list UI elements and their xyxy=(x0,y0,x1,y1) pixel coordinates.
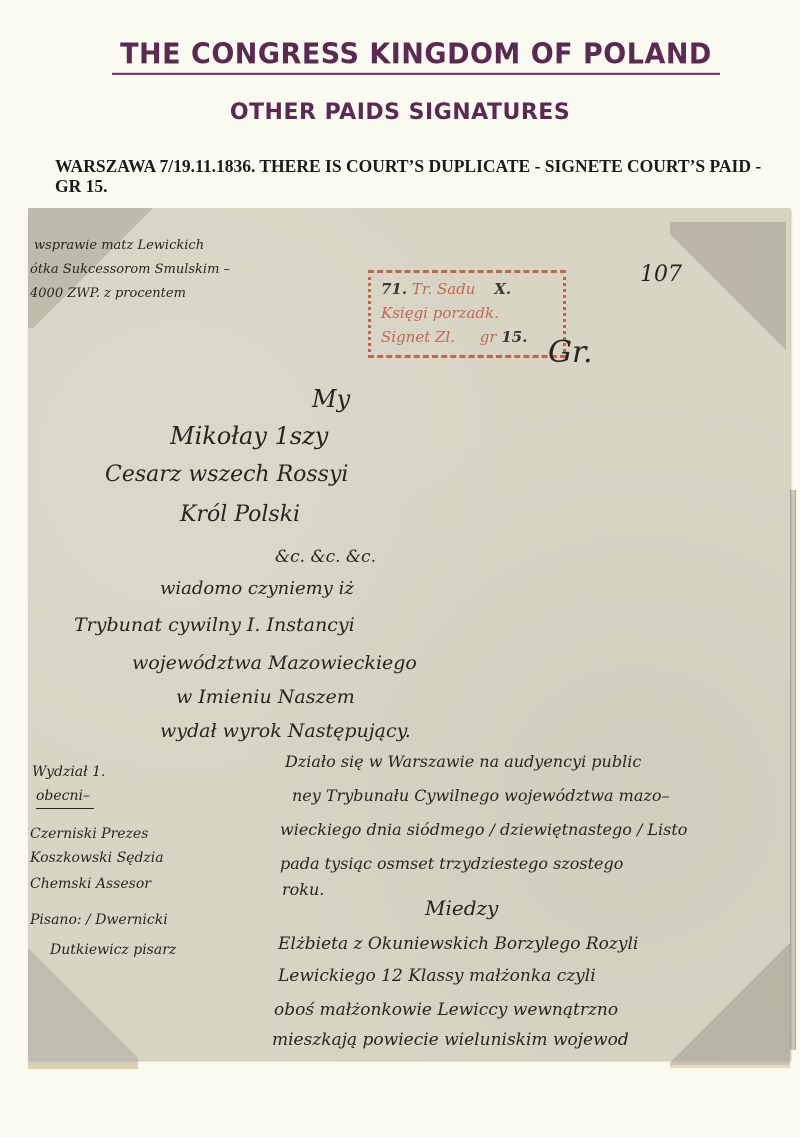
paragraph-line: Działo się w Warszawie na audyencyi publ… xyxy=(285,752,641,771)
body-line: wydał wyrok Następujący. xyxy=(160,720,411,742)
body-line: Trybunat cywilny I. Instancyi xyxy=(74,614,355,636)
stamp-mark: X. xyxy=(494,280,511,298)
page-subtitle: OTHER PAIDS SIGNATURES xyxy=(0,100,800,125)
paid-signet-stamp: 71. Tr. Sadu X. Księgi porzadk. Signet Z… xyxy=(368,270,566,358)
body-line: Cesarz wszech Rossyi xyxy=(105,462,348,487)
note-line: ótka Sukcessorom Smulskim – xyxy=(30,262,230,277)
stamp-line-1: 71. Tr. Sadu X. xyxy=(381,277,563,301)
body-line: województwa Mazowieckiego xyxy=(132,652,417,674)
body-line: w Imieniu Naszem xyxy=(176,686,355,708)
margin-note: Chemski Assesor xyxy=(30,876,151,892)
section-heading: Miedzy xyxy=(425,896,498,920)
stamp-line-3: Signet Zl. gr 15. xyxy=(381,325,563,349)
stamp-text: Tr. Sadu xyxy=(412,280,476,298)
body-line: My xyxy=(312,385,350,413)
note-line: 4000 ZWP. z procentem xyxy=(30,286,186,301)
margin-note: Pisano: / Dwernicki xyxy=(30,912,168,928)
margin-note: Dutkiewicz pisarz xyxy=(50,942,176,958)
page-title: THE CONGRESS KINGDOM OF POLAND xyxy=(112,37,720,75)
paragraph-line: ney Trybunału Cywilnego województwa mazo… xyxy=(292,786,669,805)
closing-line: Elżbieta z Okuniewskich Borzylego Rozyli xyxy=(278,934,638,954)
stamp-text: Signet Zl. xyxy=(381,328,455,346)
closing-line: oboś małżonkowie Lewiccy wewnątrzno xyxy=(274,1000,618,1020)
paid-mark: Gr. xyxy=(548,335,593,370)
closing-line: Lewickiego 12 Klassy małżonka czyli xyxy=(278,966,596,986)
margin-note: Wydział 1. xyxy=(32,764,106,780)
folio-number: 107 xyxy=(640,262,682,287)
closing-line: mieszkają powiecie wieluniskim wojewod xyxy=(272,1030,629,1050)
mount-corner-top-right xyxy=(670,222,786,362)
stamp-number: 71. xyxy=(381,280,407,298)
margin-note: Czerniski Prezes xyxy=(30,826,148,842)
paragraph-line: roku. xyxy=(282,880,324,899)
paragraph-line: wieckiego dnia siódmego / dziewiętnasteg… xyxy=(280,820,687,839)
stamp-text: gr xyxy=(480,328,497,346)
margin-note: Koszkowski Sędzia xyxy=(30,850,164,866)
body-line: wiadomo czyniemy iż xyxy=(160,578,354,599)
stamp-line-2: Księgi porzadk. xyxy=(381,301,563,325)
margin-divider xyxy=(36,808,94,809)
note-line: wsprawie matz Lewickich xyxy=(34,238,204,253)
item-description: WARSZAWA 7/19.11.1836. THERE IS COURT’S … xyxy=(55,156,775,196)
body-line: Mikołay 1szy xyxy=(170,422,328,450)
body-line: &c. &c. &c. xyxy=(275,547,376,567)
mount-corner-bottom-right xyxy=(670,940,790,1068)
mount-corner-bottom-left xyxy=(28,940,138,1069)
margin-note: obecni– xyxy=(36,788,90,804)
paragraph-line: pada tysiąc osmset trzydziestego szosteg… xyxy=(280,854,623,873)
stamp-amount: 15. xyxy=(501,328,527,346)
body-line: Król Polski xyxy=(180,502,300,527)
